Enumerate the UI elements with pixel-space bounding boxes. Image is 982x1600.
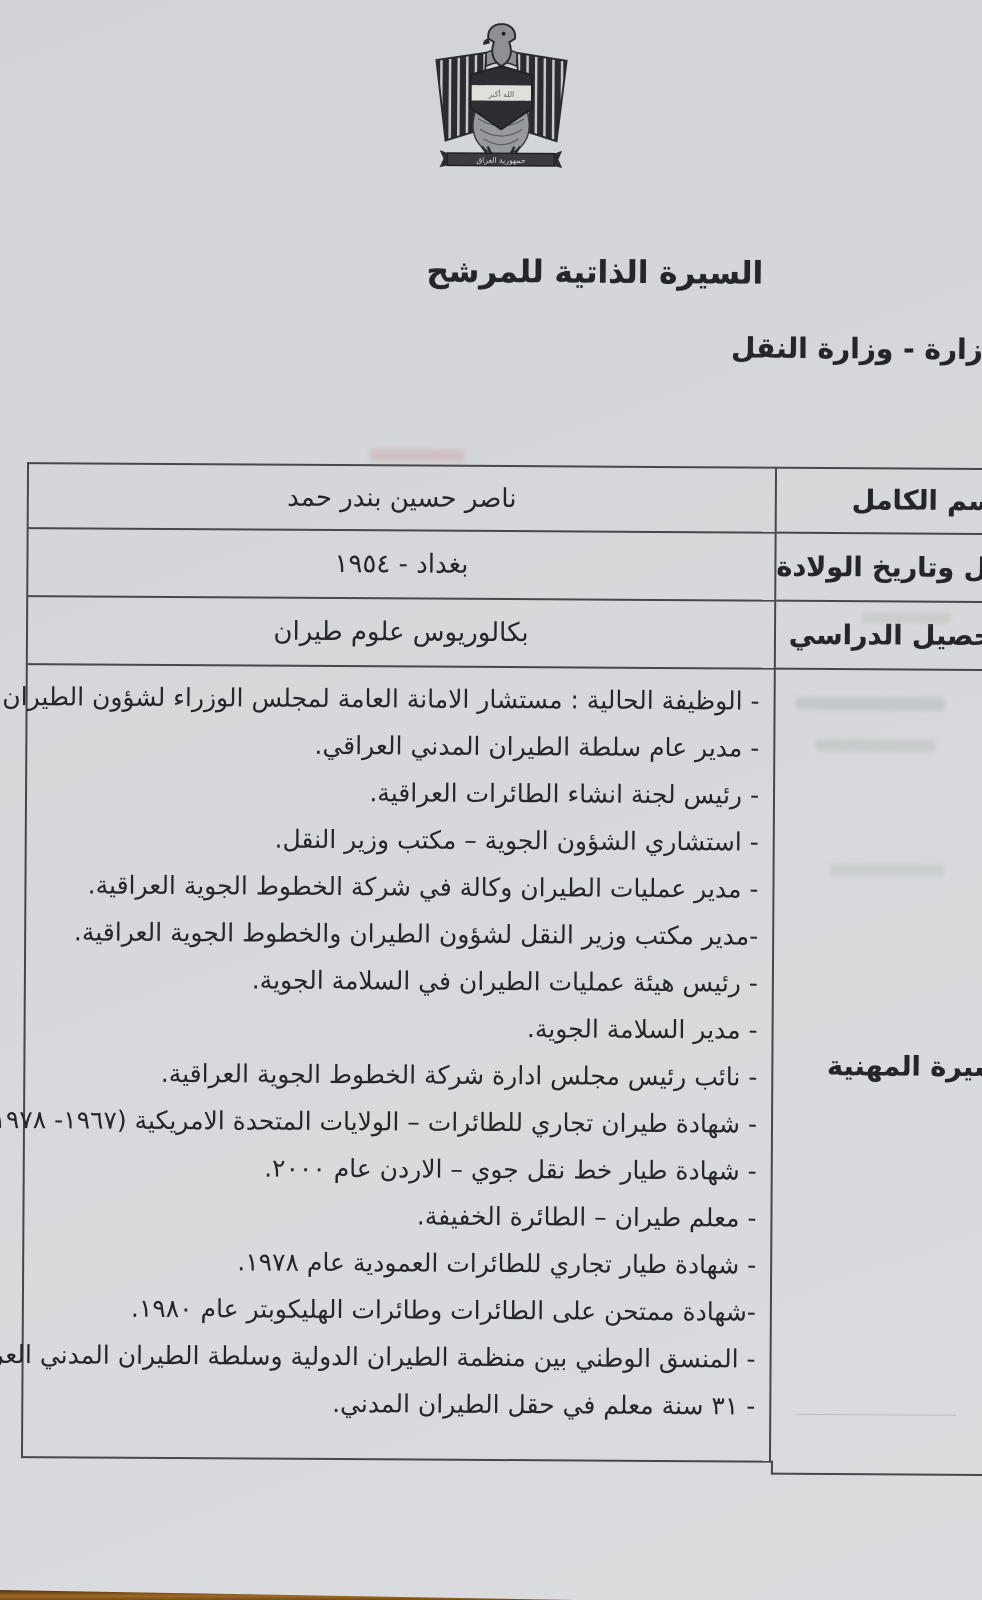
- cv-document-sheet: الله أكبر جمهورية العراق السيرة الذاتية …: [0, 0, 982, 1600]
- career-item: - المنسق الوطني بين منظمة الطيران الدولي…: [33, 1331, 755, 1382]
- scroll-left-end: [440, 150, 448, 167]
- cv-table: ناصر حسين بندر حمد الاسم الكامل بغداد - …: [21, 462, 982, 1464]
- full-name-value: ناصر حسين بندر حمد: [29, 464, 777, 534]
- document-title: السيرة الذاتية للمرشح: [426, 254, 763, 292]
- career-item: - رئيس لجنة انشاء الطائرات العراقية.: [37, 767, 759, 818]
- career-item: -شهادة ممتحن على الطائرات وطائرات الهليك…: [34, 1284, 756, 1335]
- career-item: - مدير السلامة الجوية.: [35, 1002, 757, 1053]
- bleed-through-ghost: [815, 739, 935, 752]
- career-item: - شهادة طيار خط نقل جوي – الاردن عام ٢٠٠…: [35, 1143, 757, 1194]
- bleed-through-ghost: [370, 449, 465, 462]
- bleed-through-ghost: [861, 612, 951, 624]
- iraq-eagle-emblem: الله أكبر جمهورية العراق: [434, 14, 569, 173]
- birth-label: محل وتاريخ الولادة: [776, 534, 982, 604]
- ministry-line: زارة - وزارة النقل: [731, 331, 982, 366]
- career-item: - ٣١ سنة معلم في حقل الطيران المدني.: [33, 1378, 755, 1429]
- career-item: - نائب رئيس مجلس ادارة شركة الخطوط الجوي…: [35, 1049, 757, 1100]
- career-item: - شهادة طيار تجاري للطائرات العمودية عام…: [34, 1237, 756, 1288]
- scroll-right-end: [554, 151, 562, 168]
- education-value: بكالوريوس علوم طيران: [28, 597, 776, 670]
- scroll-country-text: جمهورية العراق: [476, 156, 526, 165]
- career-item: - شهادة طيران تجاري للطائرات – الولايات …: [35, 1096, 757, 1147]
- bleed-through-ghost: [796, 697, 946, 711]
- label-column-bottom-border: [771, 1473, 982, 1477]
- eagle-eye-icon: [502, 32, 506, 36]
- shield-takbir-text: الله أكبر: [487, 89, 514, 99]
- career-item: - معلم طيران – الطائرة الخفيفة.: [34, 1190, 756, 1241]
- birth-value: بغداد - ١٩٥٤: [28, 529, 776, 602]
- full-name-label: الاسم الكامل: [777, 469, 982, 536]
- scanned-cv-photo: { "doc": { "title": "السيرة الذاتية للمر…: [0, 0, 982, 1600]
- career-item: -مدير مكتب وزير النقل لشؤون الطيران والخ…: [36, 908, 758, 959]
- career-item: - مدير عام سلطة الطيران المدني العراقي.: [37, 720, 759, 771]
- career-item: - استشاري الشؤون الجوية – مكتب وزير النق…: [37, 814, 759, 865]
- bleed-through-ghost: [830, 864, 945, 877]
- career-list: - الوظيفة الحالية : مستشار الامانة العام…: [23, 665, 776, 1463]
- career-item: - الوظيفة الحالية : مستشار الامانة العام…: [37, 673, 759, 724]
- career-item: - مدير عمليات الطيران وكالة في شركة الخط…: [36, 861, 758, 912]
- career-item: - رئيس هيئة عمليات الطيران في السلامة ال…: [36, 955, 758, 1006]
- career-label: السيرة المهنية: [771, 670, 982, 1465]
